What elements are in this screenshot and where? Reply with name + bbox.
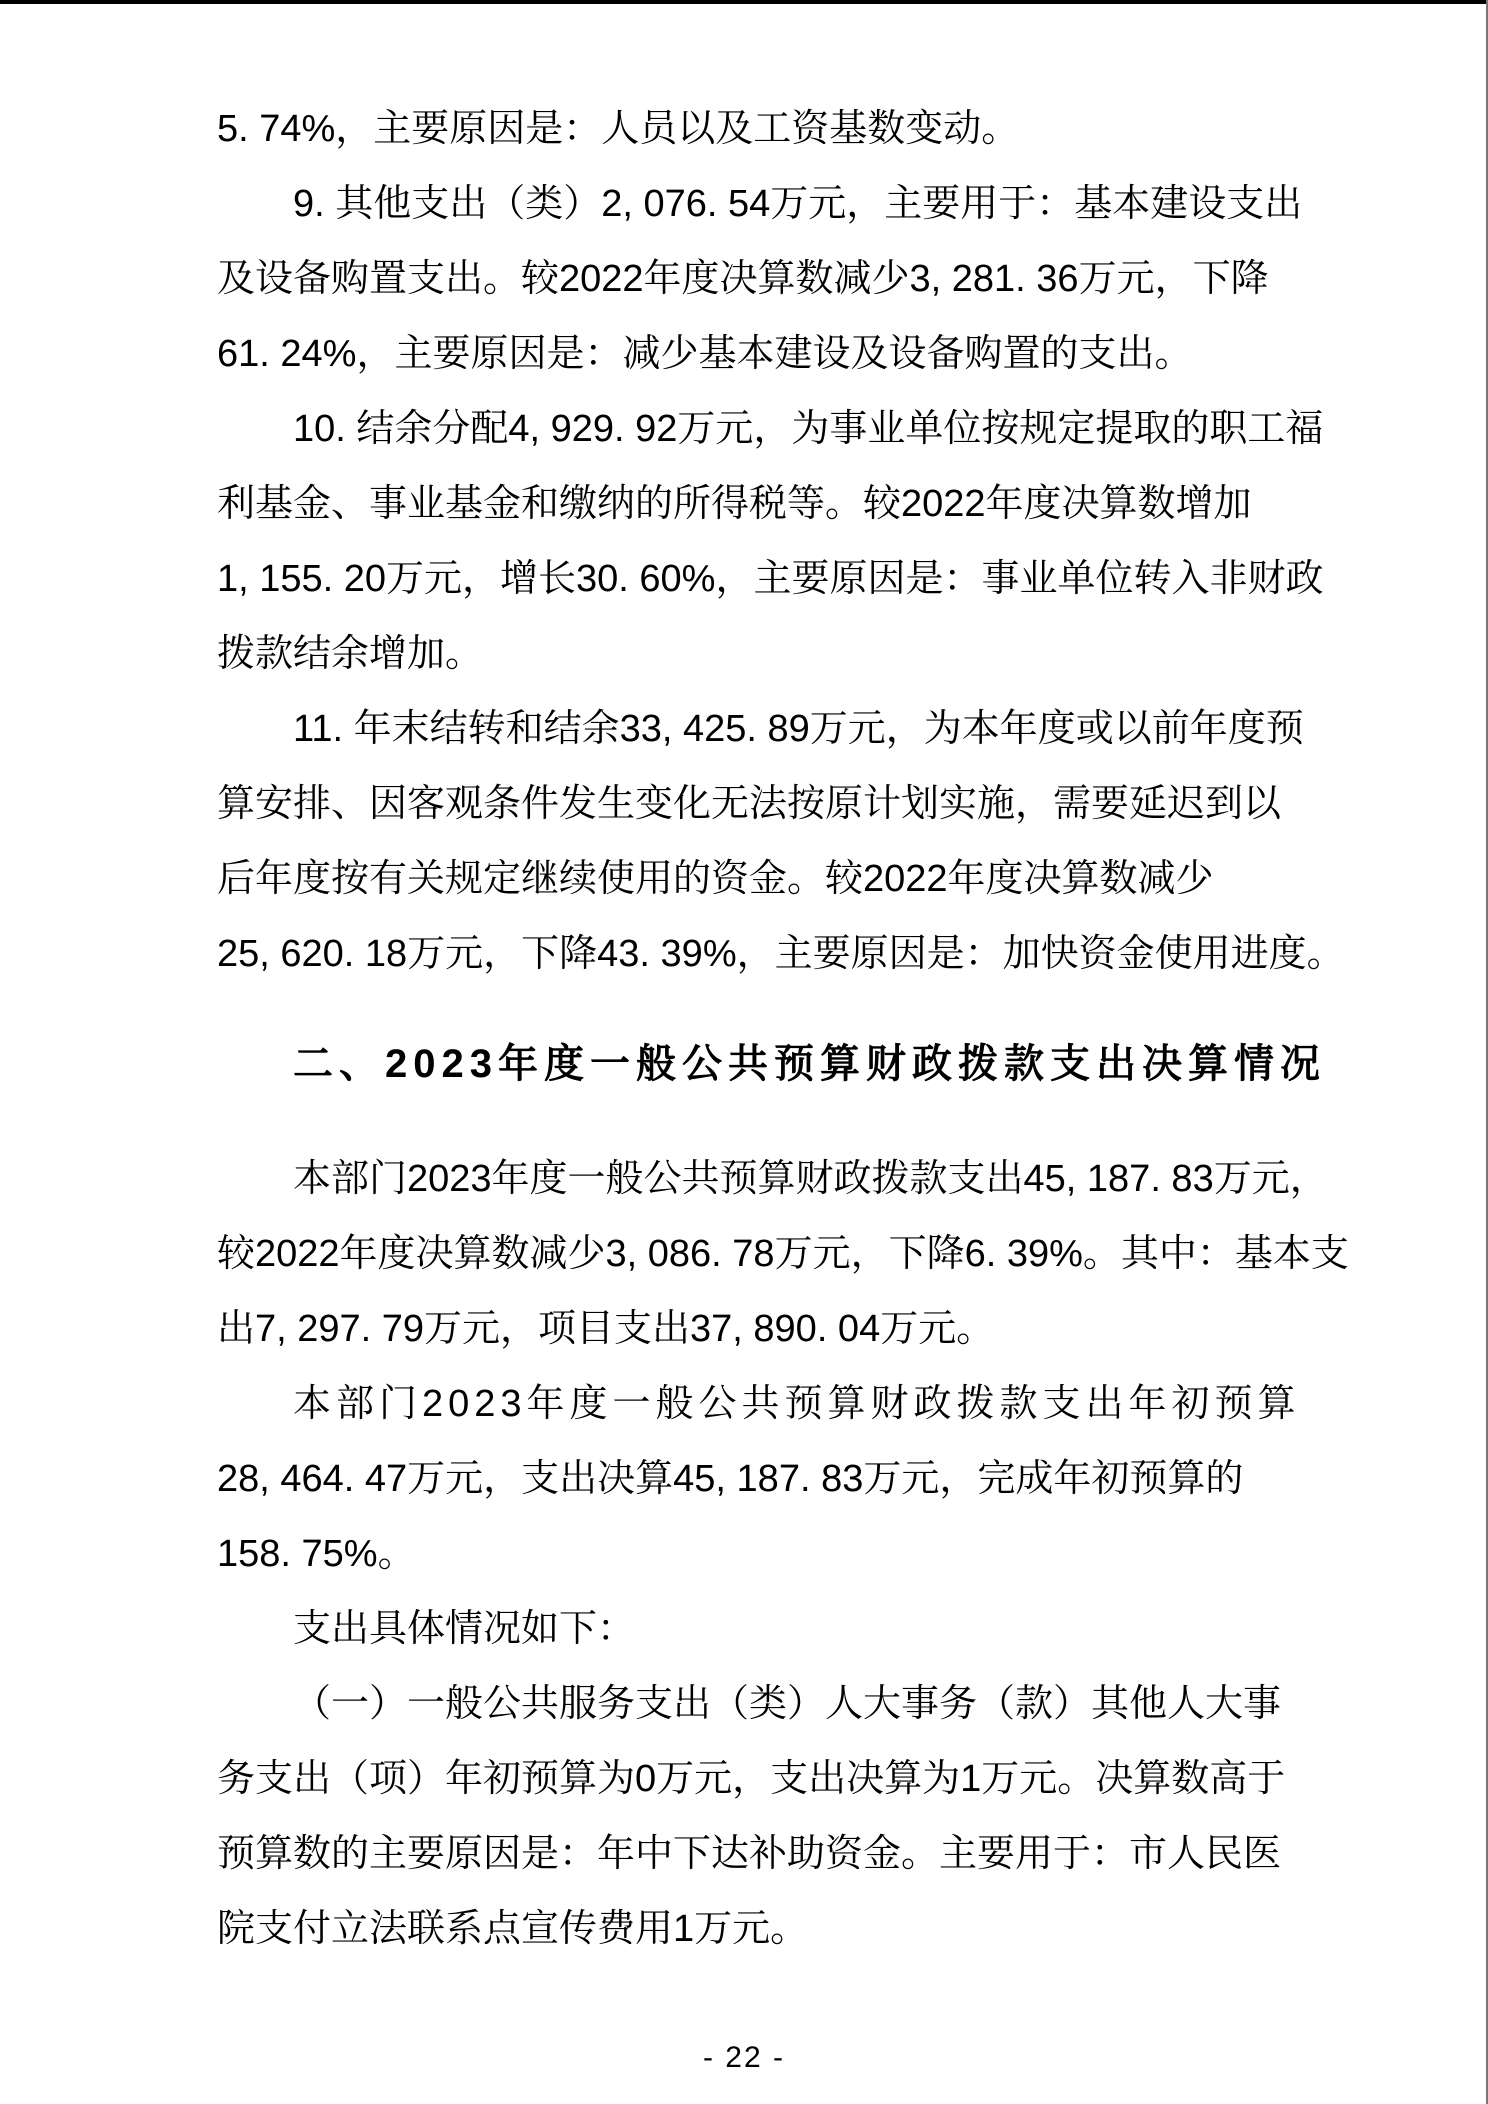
text-line: 28, 464. 47万元，支出决算45, 187. 83万元，完成年初预算的: [217, 1442, 1292, 1517]
text-line: 9. 其他支出（类）2, 076. 54万元，主要用于：基本建设支出: [217, 167, 1292, 242]
text-line: 158. 75%。: [217, 1517, 1292, 1592]
text-line: 算安排、因客观条件发生变化无法按原计划实施，需要延迟到以: [217, 767, 1292, 842]
text-line: 较2022年度决算数减少3, 086. 78万元，下降6. 39%。其中：基本支: [217, 1217, 1292, 1292]
text-line: 务支出（项）年初预算为0万元，支出决算为1万元。决算数高于: [217, 1742, 1292, 1817]
text-line: 后年度按有关规定继续使用的资金。较2022年度决算数减少: [217, 842, 1292, 917]
text-line: 及设备购置支出。较2022年度决算数减少3, 281. 36万元，下降: [217, 242, 1292, 317]
text-line: 本部门2023年度一般公共预算财政拨款支出年初预算: [217, 1367, 1292, 1442]
text-line: 利基金、事业基金和缴纳的所得税等。较2022年度决算数增加: [217, 467, 1292, 542]
text-line: 拨款结余增加。: [217, 617, 1292, 692]
text-line: 10. 结余分配4, 929. 92万元，为事业单位按规定提取的职工福: [217, 392, 1292, 467]
text-line: （一）一般公共服务支出（类）人大事务（款）其他人大事: [217, 1667, 1292, 1742]
text-line: 支出具体情况如下：: [217, 1592, 1292, 1667]
page-number: - 22 -: [0, 2040, 1488, 2076]
scan-top-bar: [0, 0, 1488, 4]
text-line: 11. 年末结转和结余33, 425. 89万元，为本年度或以前年度预: [217, 692, 1292, 767]
text-line: 5. 74%，主要原因是：人员以及工资基数变动。: [217, 92, 1292, 167]
text-line: 院支付立法联系点宣传费用1万元。: [217, 1892, 1292, 1967]
text-line: 1, 155. 20万元，增长30. 60%，主要原因是：事业单位转入非财政: [217, 542, 1292, 617]
text-line: 本部门2023年度一般公共预算财政拨款支出45, 187. 83万元，: [217, 1142, 1292, 1217]
section-heading: 二、2023年度一般公共预算财政拨款支出决算情况: [217, 1027, 1292, 1102]
text-line: 25, 620. 18万元，下降43. 39%，主要原因是：加快资金使用进度。: [217, 917, 1292, 992]
document-page: 5. 74%，主要原因是：人员以及工资基数变动。 9. 其他支出（类）2, 07…: [217, 92, 1292, 1967]
text-line: 61. 24%，主要原因是：减少基本建设及设备购置的支出。: [217, 317, 1292, 392]
text-line: 预算数的主要原因是：年中下达补助资金。主要用于：市人民医: [217, 1817, 1292, 1892]
text-line: 出7, 297. 79万元，项目支出37, 890. 04万元。: [217, 1292, 1292, 1367]
